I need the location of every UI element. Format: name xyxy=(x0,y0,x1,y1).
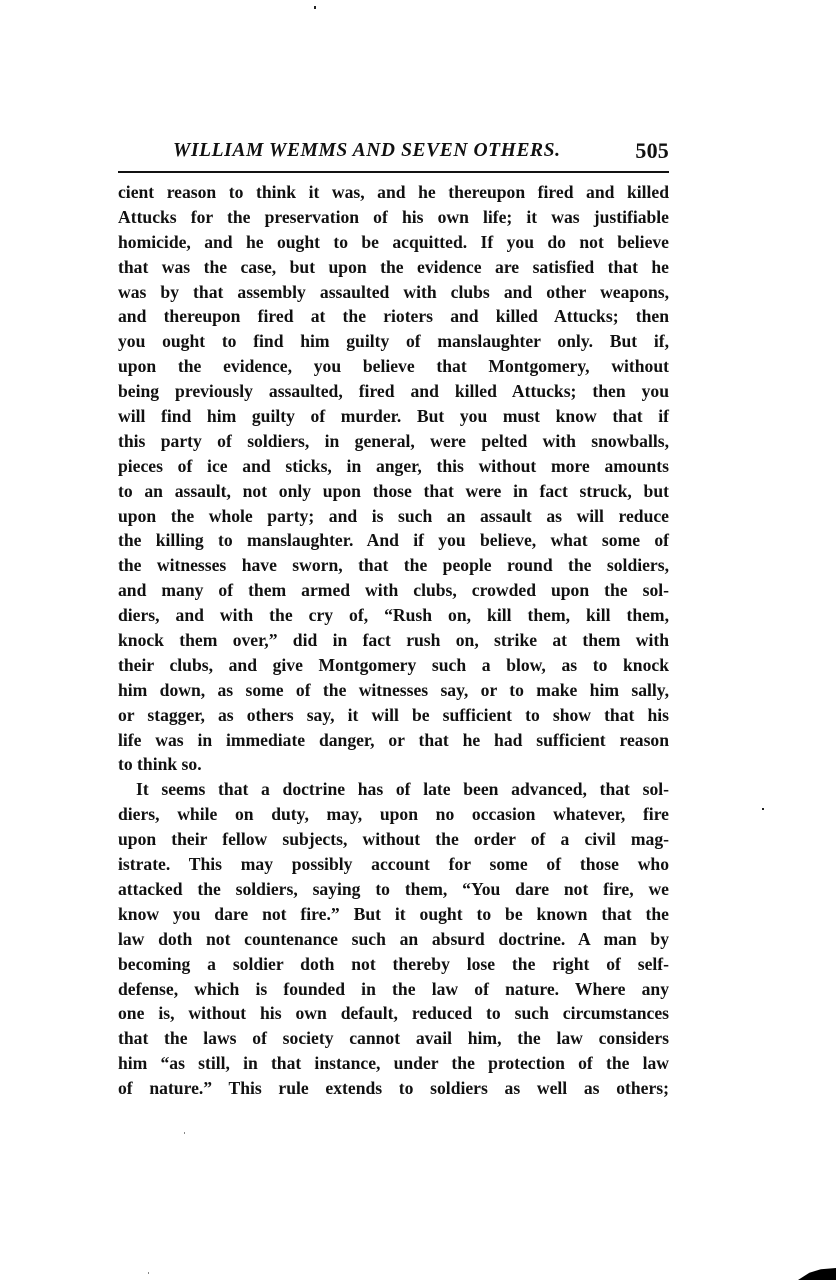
header-rule xyxy=(118,171,669,173)
text-line: life was in immediate danger, or that he… xyxy=(118,728,669,753)
text-line: this party of soldiers, in general, were… xyxy=(118,429,669,454)
text-line: was by that assembly assaulted with club… xyxy=(118,280,669,305)
text-line: or stagger, as others say, it will be su… xyxy=(118,703,669,728)
text-line: him “as still, in that instance, under t… xyxy=(118,1051,669,1076)
text-line: law doth not countenance such an absurd … xyxy=(118,927,669,952)
text-line: diers, and with the cry of, “Rush on, ki… xyxy=(118,603,669,628)
text-line: istrate. This may possibly account for s… xyxy=(118,852,669,877)
text-line: knock them over,” did in fact rush on, s… xyxy=(118,628,669,653)
text-line: diers, while on duty, may, upon no occas… xyxy=(118,802,669,827)
text-line: the witnesses have sworn, that the peopl… xyxy=(118,553,669,578)
text-line: that the laws of society cannot avail hi… xyxy=(118,1026,669,1051)
scan-corner-artifact xyxy=(798,1268,836,1280)
book-page: WILLIAM WEMMS AND SEVEN OTHERS. 505 cien… xyxy=(118,138,669,1101)
text-line: defense, which is founded in the law of … xyxy=(118,977,669,1002)
text-line: being previously assaulted, fired and ki… xyxy=(118,379,669,404)
text-line: pieces of ice and sticks, in anger, this… xyxy=(118,454,669,479)
text-line: upon the whole party; and is such an ass… xyxy=(118,504,669,529)
text-line: you ought to find him guilty of manslaug… xyxy=(118,329,669,354)
text-line: attacked the soldiers, saying to them, “… xyxy=(118,877,669,902)
text-line: cient reason to think it was, and he the… xyxy=(118,180,669,205)
text-line: their clubs, and give Montgomery such a … xyxy=(118,653,669,678)
text-line: one is, without his own default, reduced… xyxy=(118,1001,669,1026)
body-text: cient reason to think it was, and he the… xyxy=(118,180,669,1101)
text-line: him down, as some of the witnesses say, … xyxy=(118,678,669,703)
text-line: the killing to manslaughter. And if you … xyxy=(118,528,669,553)
text-line: will find him guilty of murder. But you … xyxy=(118,404,669,429)
text-line: and thereupon fired at the rioters and k… xyxy=(118,304,669,329)
scan-speck xyxy=(762,808,764,810)
text-line: that was the case, but upon the evidence… xyxy=(118,255,669,280)
text-line: to an assault, not only upon those that … xyxy=(118,479,669,504)
scan-speck xyxy=(148,1272,149,1274)
text-line: becoming a soldier doth not thereby lose… xyxy=(118,952,669,977)
page-number: 505 xyxy=(635,138,669,164)
text-line: to think so. xyxy=(118,752,669,777)
text-line: upon their fellow subjects, without the … xyxy=(118,827,669,852)
running-title: WILLIAM WEMMS AND SEVEN OTHERS. xyxy=(173,140,561,162)
paragraph-1: cient reason to think it was, and he the… xyxy=(118,180,669,777)
text-line: know you dare not fire.” But it ought to… xyxy=(118,902,669,927)
text-line: of nature.” This rule extends to soldier… xyxy=(118,1076,669,1101)
running-head: WILLIAM WEMMS AND SEVEN OTHERS. 505 xyxy=(118,138,669,168)
text-line: and many of them armed with clubs, crowd… xyxy=(118,578,669,603)
scan-speck xyxy=(314,6,316,9)
text-line: homicide, and he ought to be acquitted. … xyxy=(118,230,669,255)
text-line: It seems that a doctrine has of late bee… xyxy=(118,777,669,802)
text-line: Attucks for the preservation of his own … xyxy=(118,205,669,230)
scan-speck xyxy=(184,1132,185,1134)
paragraph-2: It seems that a doctrine has of late bee… xyxy=(118,777,669,1101)
text-line: upon the evidence, you believe that Mont… xyxy=(118,354,669,379)
